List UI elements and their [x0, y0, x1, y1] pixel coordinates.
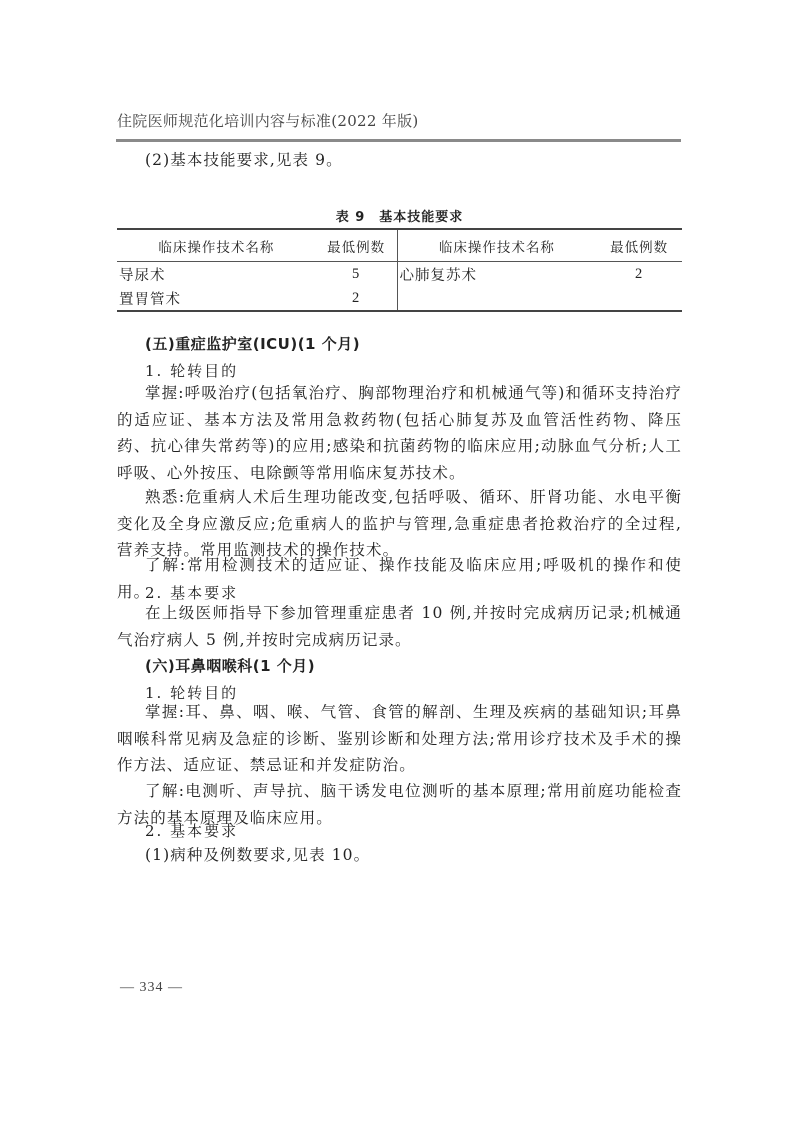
section-heading-icu: (五)重症监护室(ICU)(1 个月) [145, 333, 360, 354]
table-caption: 表 9 基本技能要求 [117, 206, 682, 225]
table-header-row: 临床操作技术名称 最低例数 临床操作技术名称 最低例数 [117, 229, 682, 262]
skill-name: 导尿术 [117, 262, 316, 287]
header-cell: 临床操作技术名称 [397, 229, 596, 262]
running-header: 住院医师规范化培训内容与标准(2022 年版) [117, 110, 419, 131]
paragraph-master: 掌握:呼吸治疗(包括氧治疗、胸部物理治疗和机械通气等)和循环支持治疗的适应证、基… [117, 380, 682, 486]
paragraph-requirement: (1)病种及例数要求,见表 10。 [117, 842, 682, 869]
intro-line: (2)基本技能要求,见表 9。 [117, 147, 682, 174]
skill-name: 置胃管术 [117, 286, 316, 311]
header-rule [116, 139, 681, 142]
min-count: 2 [316, 286, 397, 311]
min-count: 5 [316, 262, 397, 287]
header-cell: 临床操作技术名称 [117, 229, 316, 262]
header-cell: 最低例数 [596, 229, 682, 262]
paragraph-master: 掌握:耳、鼻、咽、喉、气管、食管的解剖、生理及疾病的基础知识;耳鼻咽喉科常见病及… [117, 699, 682, 779]
page-number: — 334 — [120, 980, 183, 996]
skill-name [397, 286, 596, 311]
table-row: 导尿术 5 心肺复苏术 2 [117, 262, 682, 287]
skill-name: 心肺复苏术 [397, 262, 596, 287]
subheading-basic-requirements: 2. 基本要求 [145, 820, 238, 841]
section-heading-ent: (六)耳鼻咽喉科(1 个月) [145, 655, 315, 676]
basic-skills-table: 临床操作技术名称 最低例数 临床操作技术名称 最低例数 导尿术 5 心肺复苏术 … [117, 228, 682, 312]
paragraph-requirement: 在上级医师指导下参加管理重症患者 10 例,并按时完成病历记录;机械通气治疗病人… [117, 600, 682, 653]
table-row: 置胃管术 2 [117, 286, 682, 311]
subheading-rotation-goal: 1. 轮转目的 [145, 360, 238, 381]
header-cell: 最低例数 [316, 229, 397, 262]
min-count: 2 [596, 262, 682, 287]
min-count [596, 286, 682, 311]
